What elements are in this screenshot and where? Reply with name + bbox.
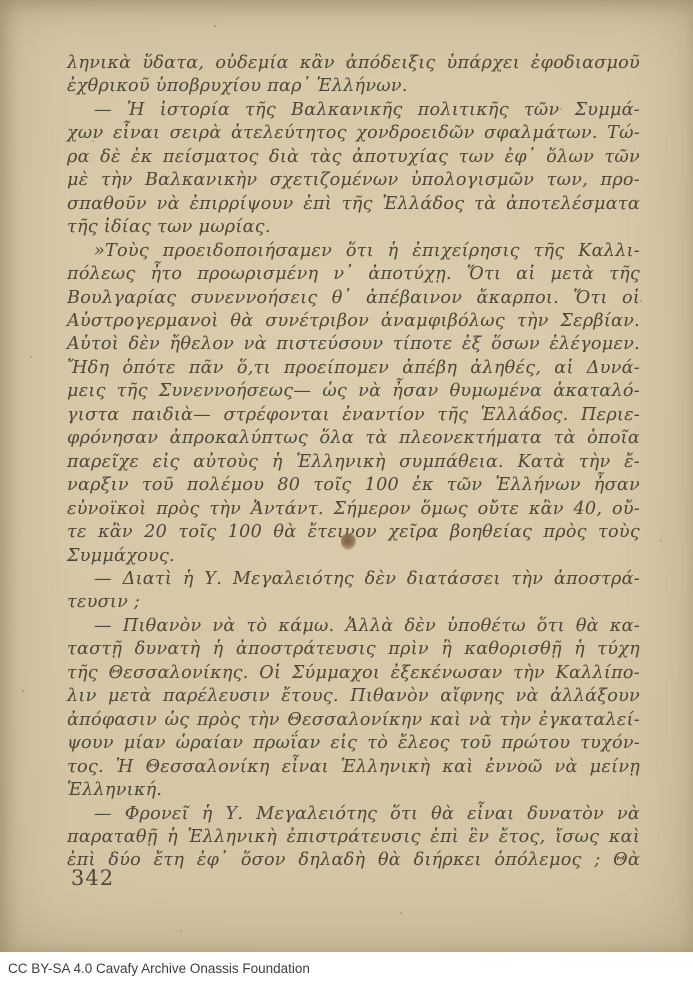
license-text: CC BY-SA 4.0 Cavafy Archive Onassis Foun… [8,961,310,976]
text-line: ἐχθρικοῦ ὑποβρυχίου παρ᾽ Ἑλλήνων. [67,75,640,98]
text-line: Ἤδη ὁπότε πᾶν ὅ,τι προείπομεν ἀπέβη ἀληθ… [67,357,640,380]
text-line: φρόνησαν ἀπροκαλύπτως ὅλα τὰ πλεονεκτήμα… [67,427,640,450]
text-line: Ἑλληνική. [67,779,640,802]
text-line: ληνικὰ ὕδατα, οὐδεμία κἂν ἀπόδειξις ὑπάρ… [67,52,640,75]
text-line: ταστῇ δυνατὴ ἡ ἀποστράτευσις πρὶν ἢ καθο… [67,638,640,661]
scanned-page: ληνικὰ ὕδατα, οὐδεμία κἂν ἀπόδειξις ὑπάρ… [0,0,693,985]
license-footer: CC BY-SA 4.0 Cavafy Archive Onassis Foun… [0,952,693,985]
text-line: χων εἶναι σειρὰ ἀτελεύτητος χονδροειδῶν … [67,122,640,145]
text-line: Αὐστρογερμανοὶ θὰ συνέτριβον ἀναμφιβόλως… [67,310,640,333]
text-line: τος. Ἡ Θεσσαλονίκη εἶναι Ἑλληνικὴ καὶ ἐν… [67,756,640,779]
text-line: — Διατὶ ἡ Υ. Μεγαλειότης δὲν διατάσσει τ… [67,568,640,591]
text-line: ναρξιν τοῦ πολέμου 80 τοῖς 100 ἐκ τῶν Ἑλ… [67,474,640,497]
paper-speckles [0,0,2,2]
text-line: — Πιθανὸν νὰ τὸ κάμω. Ἀλλὰ δὲν ὑποθέτω ὅ… [67,615,640,638]
text-line: ρα δὲ ἐκ πείσματος διὰ τὰς ἀποτυχίας των… [67,146,640,169]
text-line: παραταθῇ ἡ Ἑλληνικὴ ἐπιστράτευσις ἐπὶ ἓν… [67,826,640,849]
paper-background: ληνικὰ ὕδατα, οὐδεμία κἂν ἀπόδειξις ὑπάρ… [0,0,693,952]
text-line: Αὐτοὶ δὲν ἤθελον νὰ πιστεύσουν τίποτε ἐξ… [67,333,640,356]
text-block: ληνικὰ ὕδατα, οὐδεμία κἂν ἀπόδειξις ὑπάρ… [67,52,640,873]
text-line: ἐπὶ δύο ἔτη ἐφ᾽ ὅσον δηλαδὴ θὰ διήρκει ὁ… [67,849,640,872]
text-line: γιστα παιδιὰ— στρέφονται ἐναντίον τῆς Ἑλ… [67,404,640,427]
text-line: παρεῖχε εἰς αὐτοὺς ἡ Ἑλληνικὴ συμπάθεια.… [67,451,640,474]
text-line: — Ἡ ἱστορία τῆς Βαλκανικῆς πολιτικῆς τῶν… [67,99,640,122]
text-line: πόλεως ἦτο προωρισμένη ν᾽ ἀποτύχῃ. Ὅτι α… [67,263,640,286]
text-line: σπαθοῦν νὰ ἐπιρρίψουν ἐπὶ τῆς Ἑλλάδος τὰ… [67,193,640,216]
text-line: τευσιν ; [67,591,640,614]
page-number: 342 [71,866,114,890]
text-line: μὲ τὴν Βαλκανικὴν σχετιζομένων ὑπολογισμ… [67,169,640,192]
text-line: Βουλγαρίας συνεννοήσεις θ᾽ ἀπέβαινον ἄκα… [67,287,640,310]
text-line: — Φρονεῖ ἡ Υ. Μεγαλειότης ὅτι θὰ εἶναι δ… [67,803,640,826]
text-line: τῆς ἰδίας των μωρίας. [67,216,640,239]
text-line: ἀπόφασιν ὡς πρὸς τὴν Θεσσαλονίκην καὶ νὰ… [67,709,640,732]
text-line: Συμμάχους. [67,545,640,568]
text-line: εὐνοϊκοὶ πρὸς τὴν Ἀντάντ. Σήμερον ὅμως ο… [67,498,640,521]
text-line: »Τοὺς προειδοποιήσαμεν ὅτι ἡ ἐπιχείρησις… [67,240,640,263]
text-line: ψουν μίαν ὡραίαν πρωΐαν εἰς τὸ ἔλεος τοῦ… [67,732,640,755]
text-line: τῆς Θεσσαλονίκης. Οἱ Σύμμαχοι ἐξεκένωσαν… [67,662,640,685]
text-line: λιν μετὰ παρέλευσιν ἔτους. Πιθανὸν αἴφνη… [67,685,640,708]
text-line: μεις τῆς Συνεννοήσεως— ὡς νὰ ἦσαν θυμωμέ… [67,380,640,403]
